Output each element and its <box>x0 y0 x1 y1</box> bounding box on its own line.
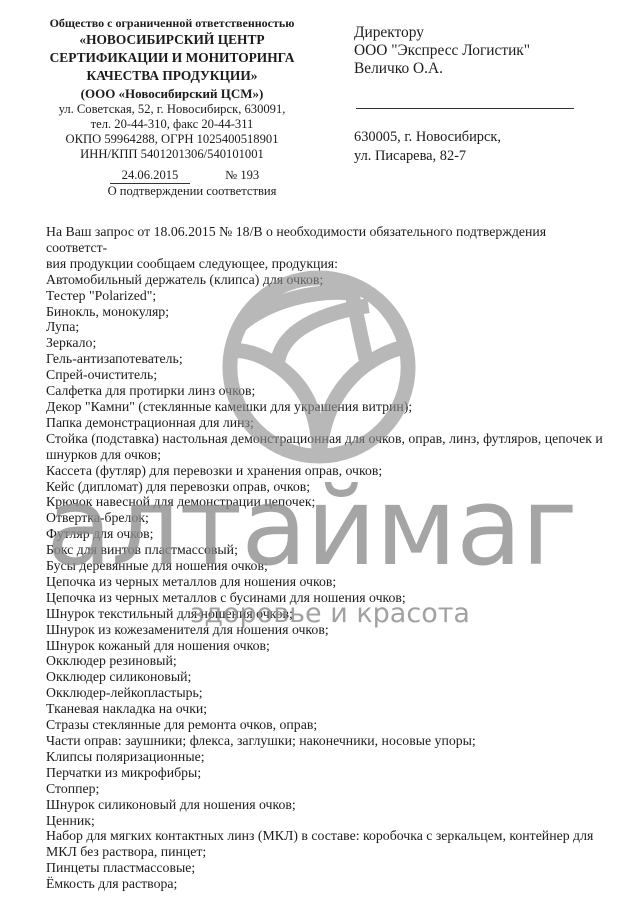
list-item: Бусы деревянные для ношения очков; <box>46 558 606 574</box>
sender-inn-kpp: ИНН/КПП 5401201306/540101001 <box>36 147 308 162</box>
list-item: Футляр для очков; <box>46 526 606 542</box>
list-item: Отвертка-брелок; <box>46 510 606 526</box>
list-item: Набор для мягких контактных линз (МКЛ) в… <box>46 828 606 844</box>
list-item: Крючок навесной для демонстрации цепочек… <box>46 494 606 510</box>
recipient-divider <box>356 108 574 109</box>
list-item: Кейс (дипломат) для перевозки оправ, очк… <box>46 479 606 495</box>
list-item: Ценник; <box>46 813 606 829</box>
letter-page: Общество с ограниченной ответственностью… <box>0 0 642 900</box>
list-item: Ёмкость для раствора; <box>46 876 606 892</box>
recipient-address-line: ул. Писарева, 82-7 <box>354 147 501 166</box>
recipient-address: 630005, г. Новосибирск, ул. Писарева, 82… <box>354 128 501 166</box>
list-item: МКЛ без раствора, пинцет; <box>46 844 606 860</box>
list-item: Пинцеты пластмассовые; <box>46 860 606 876</box>
org-short-name: (ООО «Новосибирский ЦСМ») <box>36 85 308 102</box>
recipient-address-line: 630005, г. Новосибирск, <box>354 128 501 147</box>
sender-address-line: ул. Советская, 52, г. Новосибирск, 63009… <box>36 102 308 117</box>
org-name-line: «НОВОСИБИРСКИЙ ЦЕНТР <box>36 31 308 49</box>
list-item: Окклюдер силиконовый; <box>46 669 606 685</box>
list-item: Гель-антизапотеватель; <box>46 351 606 367</box>
list-item: Стразы стеклянные для ремонта очков, опр… <box>46 717 606 733</box>
letter-number: № 193 <box>225 168 259 183</box>
recipient-title: Директору <box>354 24 530 42</box>
intro-line: вия продукции сообщаем следующее, продук… <box>46 256 606 272</box>
list-item: Бокс для винтов пластмассовый; <box>46 542 606 558</box>
org-legal-form: Общество с ограниченной ответственностью <box>36 16 308 31</box>
recipient-name: Величко О.А. <box>354 60 530 78</box>
letter-date: 24.06.2015 <box>110 168 190 184</box>
letter-subject: О подтверждении соответствия <box>72 184 312 199</box>
list-item: Салфетка для протирки линз очков; <box>46 383 606 399</box>
list-item: Цепочка из черных металлов для ношения о… <box>46 574 606 590</box>
list-item: Автомобильный держатель (клипса) для очк… <box>46 272 606 288</box>
org-name-line: СЕРТИФИКАЦИИ И МОНИТОРИНГА <box>36 49 308 67</box>
list-item: Декор "Камни" (стеклянные камешки для ук… <box>46 399 606 415</box>
sender-phone-line: тел. 20-44-310, факс 20-44-311 <box>36 117 308 132</box>
list-item: Стойка (подставка) настольная демонстрац… <box>46 431 606 447</box>
sender-letterhead: Общество с ограниченной ответственностью… <box>36 16 308 162</box>
recipient-block: Директору ООО "Экспресс Логистик" Величк… <box>354 24 530 78</box>
list-item: Шнурок кожаный для ношения очков; <box>46 638 606 654</box>
list-item: Стоппер; <box>46 781 606 797</box>
list-item: Шнурок текстильный для ношения очков; <box>46 606 606 622</box>
list-item: Окклюдер резиновый; <box>46 653 606 669</box>
list-item: шнурков для очков; <box>46 447 606 463</box>
list-item: Цепочка из черных металлов с бусинами дл… <box>46 590 606 606</box>
list-item: Кассета (футляр) для перевозки и хранени… <box>46 463 606 479</box>
letter-reference: 24.06.2015 № 193 <box>96 168 306 184</box>
list-item: Шнурок силиконовый для ношения очков; <box>46 797 606 813</box>
list-item: Тестер "Polarized"; <box>46 288 606 304</box>
list-item: Окклюдер-лейкопластырь; <box>46 685 606 701</box>
list-item: Шнурок из кожезаменителя для ношения очк… <box>46 622 606 638</box>
sender-okpo-ogrn: ОКПО 59964288, ОГРН 1025400518901 <box>36 132 308 147</box>
list-item: Спрей-очиститель; <box>46 367 606 383</box>
list-item: Тканевая накладка на очки; <box>46 701 606 717</box>
list-item: Лупа; <box>46 319 606 335</box>
product-list: Автомобильный держатель (клипса) для очк… <box>46 272 606 892</box>
list-item: Перчатки из микрофибры; <box>46 765 606 781</box>
letter-body: На Ваш запрос от 18.06.2015 № 18/В о нео… <box>46 224 606 892</box>
org-name-line: КАЧЕСТВА ПРОДУКЦИИ» <box>36 67 308 85</box>
intro-line: На Ваш запрос от 18.06.2015 № 18/В о нео… <box>46 224 606 256</box>
list-item: Клипсы поляризационные; <box>46 749 606 765</box>
list-item: Бинокль, монокуляр; <box>46 304 606 320</box>
list-item: Папка демонстрационная для линз; <box>46 415 606 431</box>
recipient-company: ООО "Экспресс Логистик" <box>354 42 530 60</box>
list-item: Части оправ: заушники; флекса, заглушки;… <box>46 733 606 749</box>
list-item: Зеркало; <box>46 335 606 351</box>
